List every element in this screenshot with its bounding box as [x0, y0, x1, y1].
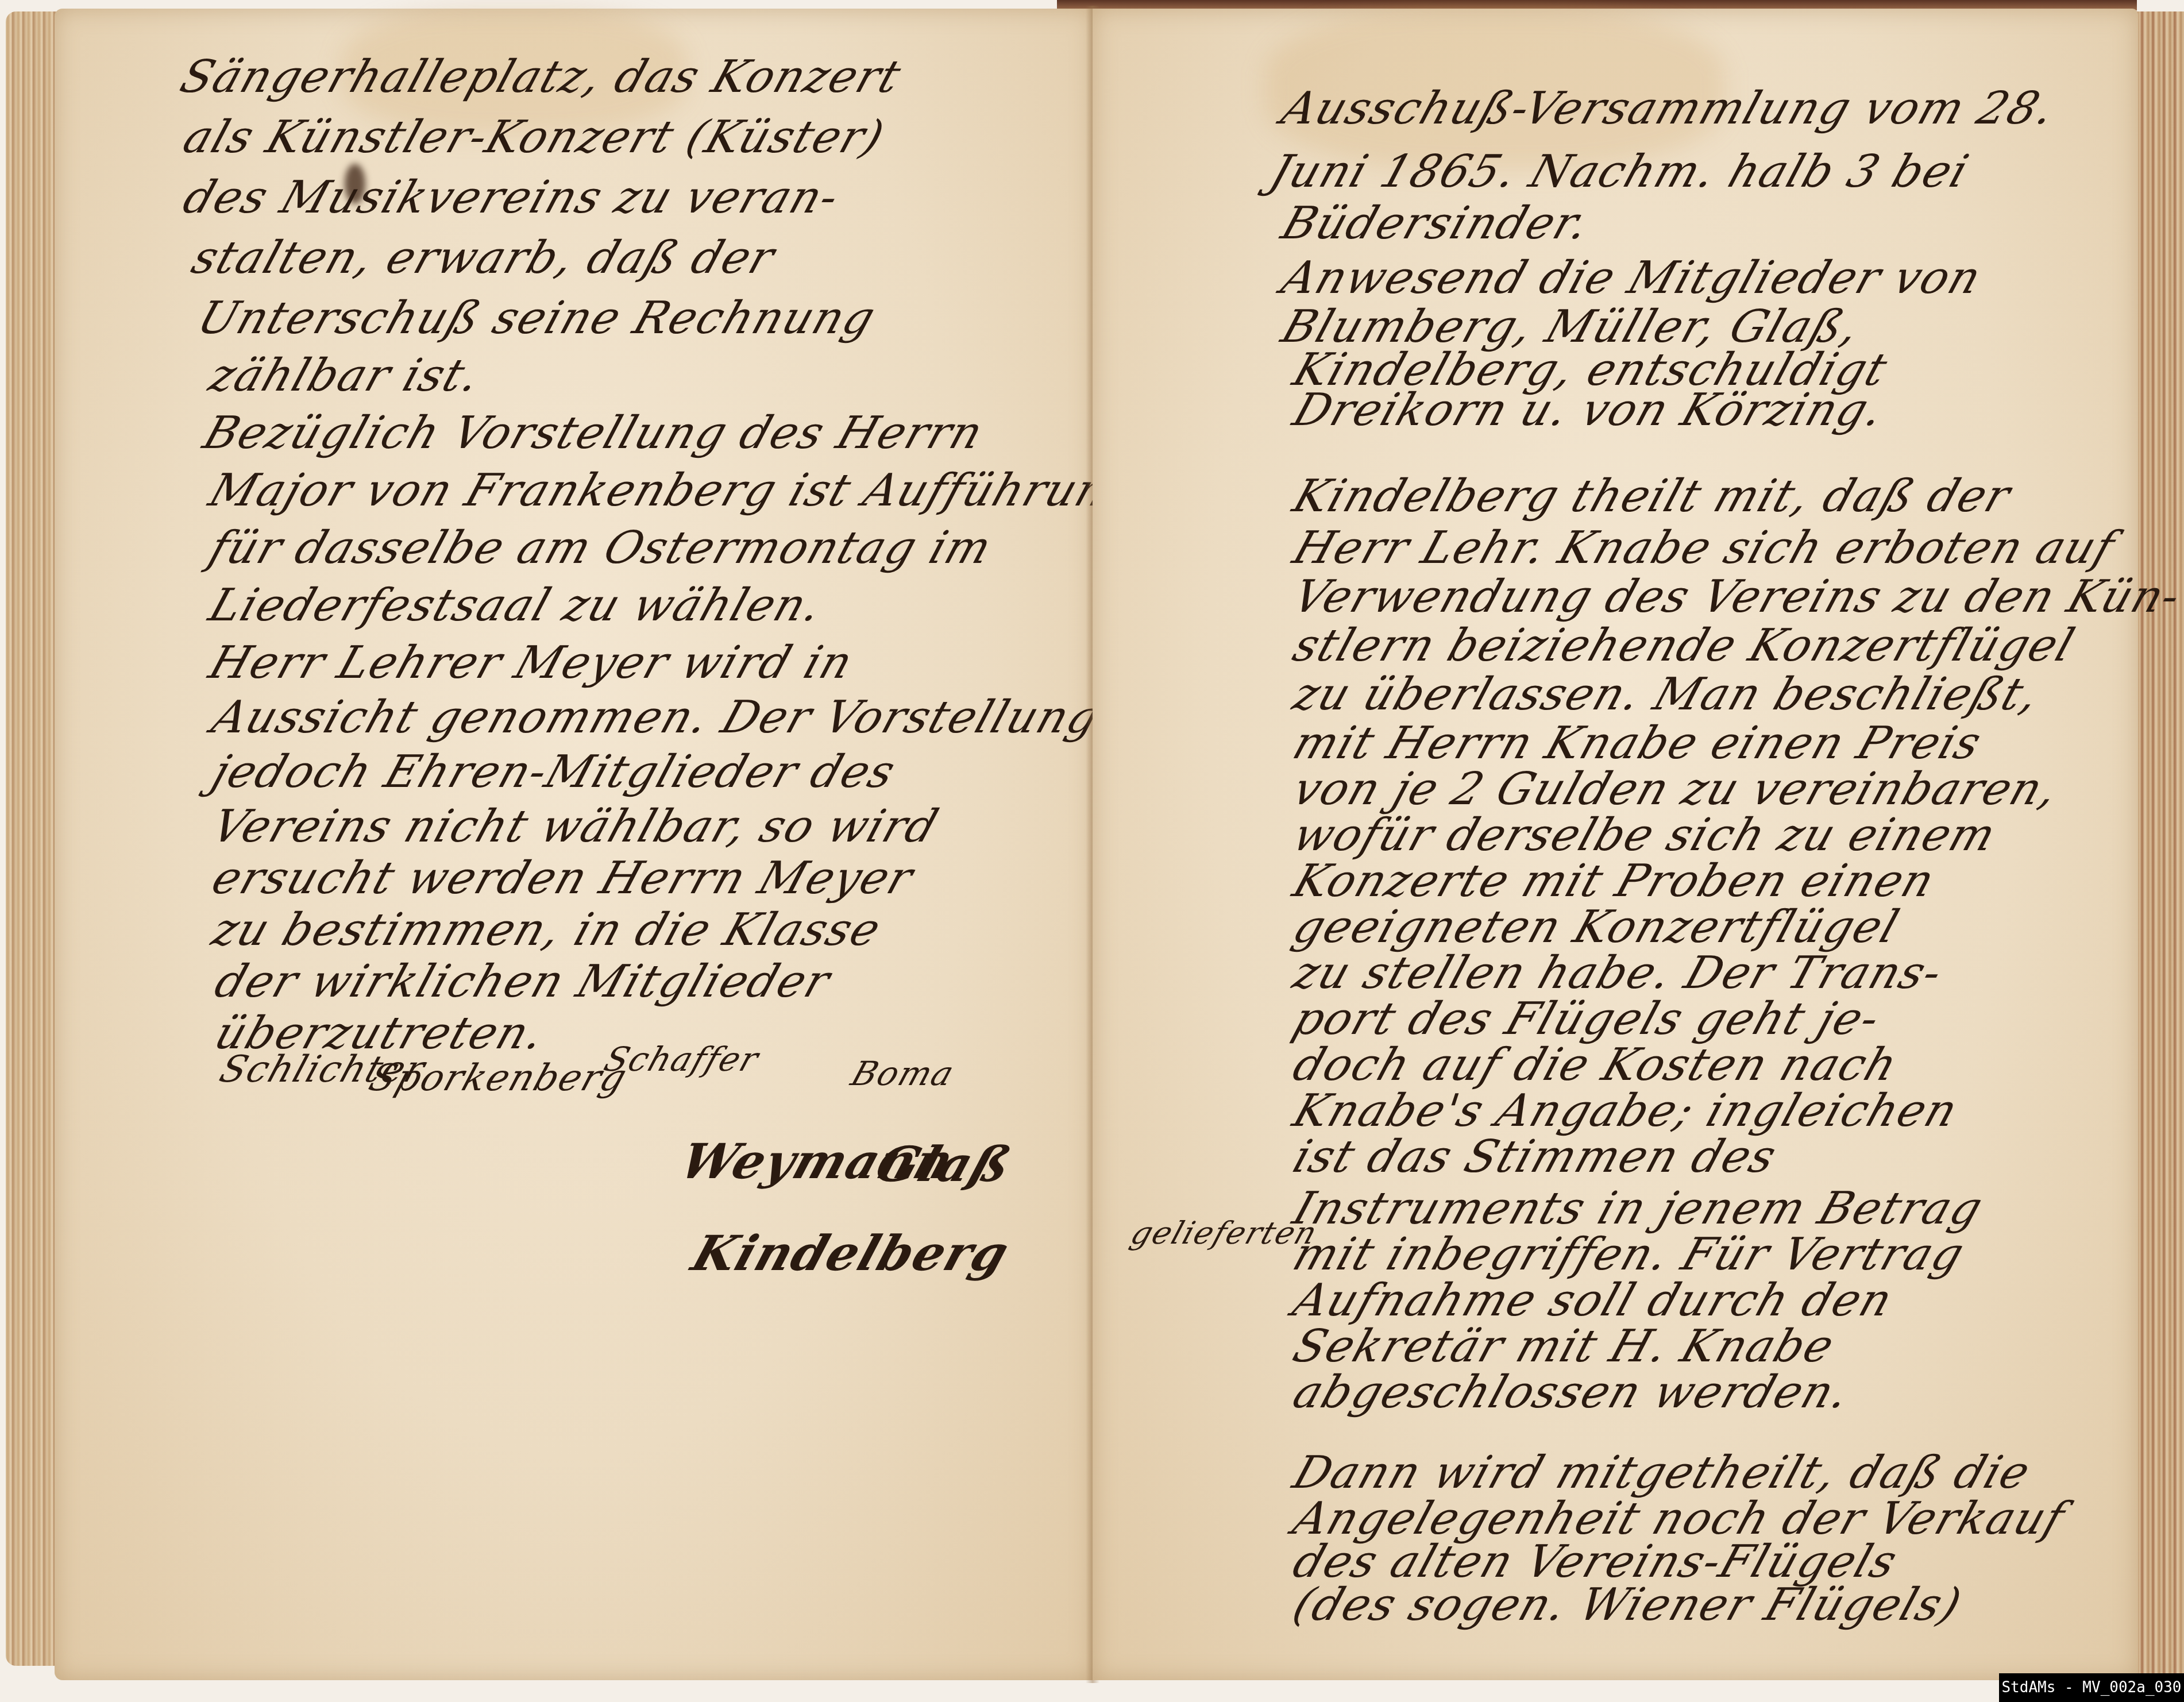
text-line: stlern beiziehende Konzertflügel: [1288, 623, 2080, 668]
text-line: Kindelberg theilt mit, daß der: [1288, 474, 2016, 519]
text-line: Herr Lehrer Meyer wird in: [204, 640, 859, 685]
text-line: der wirklichen Mitglieder: [210, 959, 836, 1004]
signature: Sporkenberg: [365, 1060, 632, 1097]
signature: Glaß: [870, 1140, 1018, 1188]
text-line: abgeschlossen werden.: [1288, 1370, 1855, 1415]
text-line: ersucht werden Herrn Meyer: [207, 856, 919, 901]
text-line: zu bestimmen, in die Klasse: [207, 908, 887, 952]
text-line: (des sogen. Wiener Flügels): [1288, 1583, 1967, 1627]
text-line: doch auf die Kosten nach: [1288, 1043, 1904, 1087]
right-page-edges: [2137, 11, 2184, 1677]
text-line: Aufnahme soll durch den: [1288, 1278, 1899, 1323]
left-page-edges: [6, 11, 57, 1666]
text-line: zu stellen habe. Der Trans-: [1288, 951, 1948, 995]
text-line: geeigneten Konzertflügel: [1288, 905, 1905, 950]
text-line: von je 2 Gulden zu vereinbaren,: [1288, 767, 2064, 812]
text-line: Instruments in jenem Betrag: [1288, 1186, 1989, 1231]
text-line: Knabe's Angabe; ingleichen: [1288, 1089, 1963, 1133]
text-line: Unterschuß seine Rechnung: [192, 296, 881, 341]
open-ledger-book: Sängerhalleplatz, das Konzert als Künstl…: [0, 0, 2184, 1702]
left-page: Sängerhalleplatz, das Konzert als Künstl…: [55, 9, 1094, 1680]
text-line: Herr Lehr. Knabe sich erboten auf: [1288, 526, 2120, 570]
text-line: mit Herrn Knabe einen Preis: [1288, 721, 1988, 766]
archive-reference-label: StdAMs - MV_002a_030: [1999, 1673, 2184, 1702]
text-line: Anwesend die Mitglieder von: [1276, 256, 1987, 300]
text-line: wofür derselbe sich zu einem: [1288, 813, 2002, 858]
text-line: Vereins nicht wählbar, so wird: [207, 804, 944, 849]
text-line: für dasselbe am Ostermontag im: [204, 526, 998, 570]
text-line: Ausschuß-Versammlung vom 28.: [1276, 86, 2061, 131]
text-line: mit inbegriffen. Für Vertrag: [1288, 1232, 1970, 1277]
text-line: zählbar ist.: [204, 353, 487, 398]
text-line: jedoch Ehren-Mitglieder des: [207, 750, 901, 794]
text-line: Sekretär mit H. Knabe: [1288, 1324, 1840, 1369]
text-line: zu überlassen. Man beschließt,: [1288, 672, 2045, 717]
text-line: Dann wird mitgetheilt, daß die: [1288, 1450, 2036, 1495]
text-line: als Künstler-Konzert (Küster): [178, 115, 890, 160]
right-page: Ausschuß-Versammlung vom 28. Juni 1865. …: [1093, 9, 2138, 1680]
text-line: Major von Frankenberg ist Aufführung: [204, 468, 1144, 513]
text-line: des alten Vereins-Flügels: [1288, 1539, 1903, 1584]
text-line: Büdersinder.: [1276, 201, 1595, 246]
text-line: Angelegenheit noch der Verkauf: [1288, 1496, 2070, 1541]
text-line: des Musikvereins zu veran-: [178, 175, 845, 220]
text-line: port des Flügels geht je-: [1288, 997, 1886, 1041]
text-line: Bezüglich Vorstellung des Herrn: [198, 411, 989, 456]
text-line: Konzerte mit Proben einen: [1288, 859, 1940, 904]
text-line: Dreikorn u. von Körzing.: [1288, 388, 1890, 433]
text-line: ist das Stimmen des: [1288, 1134, 1782, 1179]
text-line: Aussicht genommen. Der Vorstellung: [207, 695, 1105, 740]
text-line: Blumberg, Müller, Glaß,: [1276, 304, 1866, 349]
signature: Boma: [847, 1057, 959, 1090]
text-line: Sängerhalleplatz, das Konzert: [175, 55, 907, 99]
text-line: Liederfestsaal zu wählen.: [204, 583, 828, 628]
signature: Schaffer: [600, 1043, 763, 1076]
signature: Kindelberg: [686, 1229, 1016, 1278]
text-line: Verwendung des Vereins zu den Kün-: [1288, 574, 2184, 619]
text-line: stalten, erwarb, daß der: [187, 236, 781, 280]
text-line: Juni 1865. Nachm. halb 3 bei: [1265, 149, 1974, 194]
